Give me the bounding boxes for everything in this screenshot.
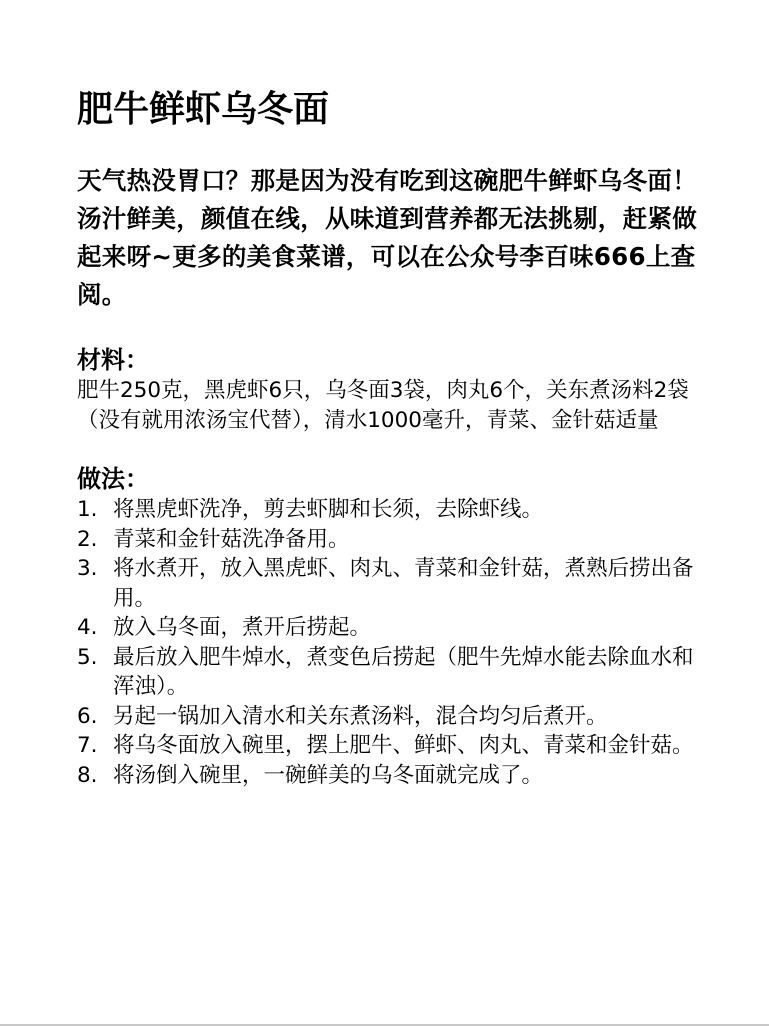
ingredients-heading: 材料： [77, 344, 707, 376]
ingredients-section: 材料： 肥牛250克，黑虎虾6只，乌冬面3袋，肉丸6个，关东煮汤料2袋（没有就用… [77, 344, 707, 435]
step-item: 7. 将乌冬面放入碗里，摆上肥牛、鲜虾、肉丸、青菜和金针菇。 [77, 731, 707, 761]
method-heading: 做法： [77, 463, 707, 495]
step-item: 1. 将黑虎虾洗净，剪去虾脚和长须，去除虾线。 [77, 495, 707, 525]
method-section: 做法： 1. 将黑虎虾洗净，剪去虾脚和长须，去除虾线。 2. 青菜和金针菇洗净备… [77, 463, 707, 790]
step-number: 8. [77, 761, 113, 791]
step-item: 5. 最后放入肥牛焯水，煮变色后捞起（肥牛先焯水能去除血水和浑浊）。 [77, 643, 707, 702]
step-text: 将黑虎虾洗净，剪去虾脚和长须，去除虾线。 [113, 495, 707, 525]
steps-list: 1. 将黑虎虾洗净，剪去虾脚和长须，去除虾线。 2. 青菜和金针菇洗净备用。 3… [77, 495, 707, 790]
step-text: 青菜和金针菇洗净备用。 [113, 525, 707, 555]
step-item: 8. 将汤倒入碗里，一碗鲜美的乌冬面就完成了。 [77, 761, 707, 791]
intro-paragraph: 天气热没胃口？那是因为没有吃到这碗肥牛鲜虾乌冬面！汤汁鲜美，颜值在线，从味道到营… [77, 162, 707, 314]
step-item: 6. 另起一锅加入清水和关东煮汤料，混合均匀后煮开。 [77, 702, 707, 732]
step-number: 5. [77, 643, 113, 702]
step-item: 3. 将水煮开，放入黑虎虾、肉丸、青菜和金针菇，煮熟后捞出备用。 [77, 554, 707, 613]
ingredients-text: 肥牛250克，黑虎虾6只，乌冬面3袋，肉丸6个，关东煮汤料2袋（没有就用浓汤宝代… [77, 376, 707, 435]
step-number: 4. [77, 613, 113, 643]
step-number: 7. [77, 731, 113, 761]
step-number: 1. [77, 495, 113, 525]
step-number: 3. [77, 554, 113, 613]
step-text: 将乌冬面放入碗里，摆上肥牛、鲜虾、肉丸、青菜和金针菇。 [113, 731, 707, 761]
step-text: 另起一锅加入清水和关东煮汤料，混合均匀后煮开。 [113, 702, 707, 732]
step-number: 2. [77, 525, 113, 555]
recipe-article: 肥牛鲜虾乌冬面 天气热没胃口？那是因为没有吃到这碗肥牛鲜虾乌冬面！汤汁鲜美，颜值… [77, 86, 707, 790]
step-text: 将水煮开，放入黑虎虾、肉丸、青菜和金针菇，煮熟后捞出备用。 [113, 554, 707, 613]
step-text: 放入乌冬面，煮开后捞起。 [113, 613, 707, 643]
step-text: 将汤倒入碗里，一碗鲜美的乌冬面就完成了。 [113, 761, 707, 791]
step-text: 最后放入肥牛焯水，煮变色后捞起（肥牛先焯水能去除血水和浑浊）。 [113, 643, 707, 702]
page-title: 肥牛鲜虾乌冬面 [77, 86, 707, 134]
step-item: 2. 青菜和金针菇洗净备用。 [77, 525, 707, 555]
step-number: 6. [77, 702, 113, 732]
step-item: 4. 放入乌冬面，煮开后捞起。 [77, 613, 707, 643]
